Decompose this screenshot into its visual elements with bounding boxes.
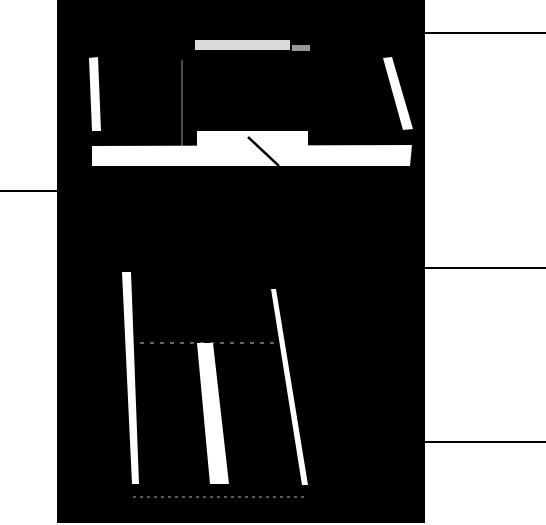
raised-center-block [197, 131, 308, 147]
photo-panel [57, 0, 425, 523]
apparatus-figure [0, 0, 546, 525]
horizontal-bar [92, 145, 412, 166]
